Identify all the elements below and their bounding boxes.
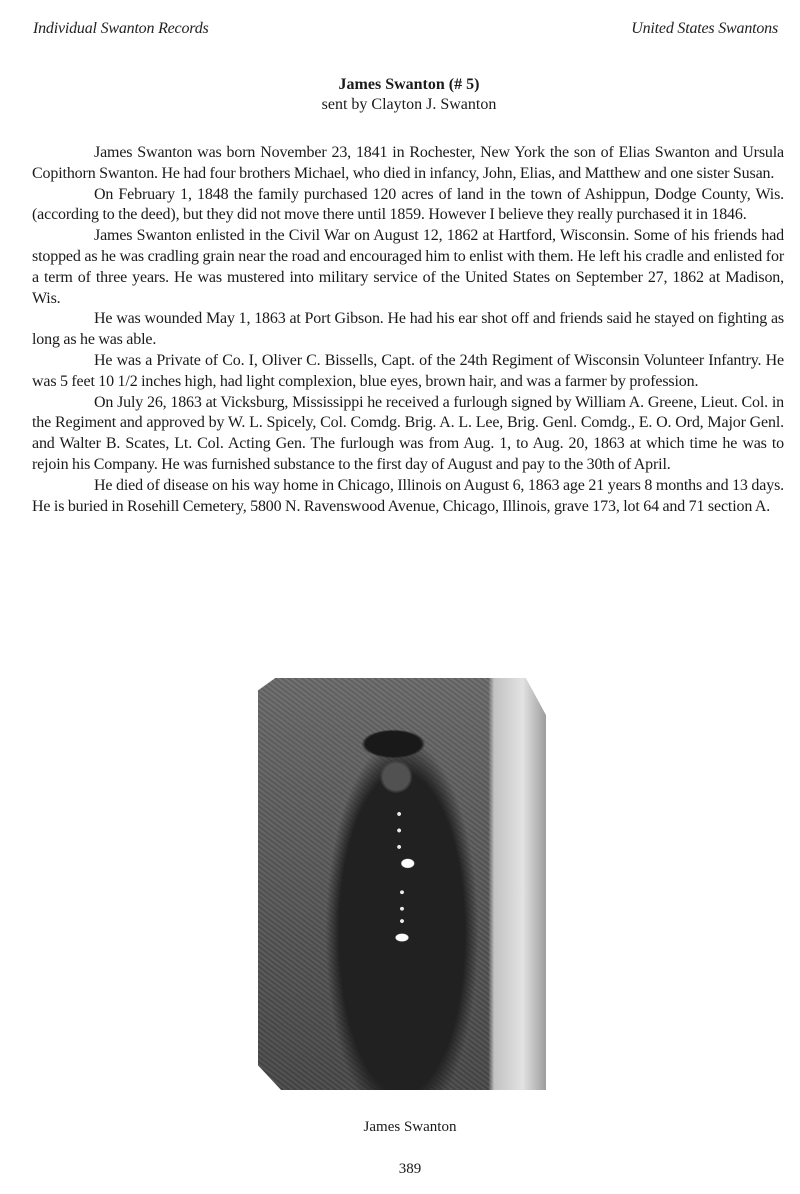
page-number: 389 xyxy=(10,1161,800,1178)
article-byline: sent by Clayton J. Swanton xyxy=(18,95,800,115)
paragraph-description: He was a Private of Co. I, Oliver C. Bis… xyxy=(32,351,784,393)
paragraph-wounded: He was wounded May 1, 1863 at Port Gibso… xyxy=(32,309,784,351)
paragraph-land: On February 1, 1848 the family purchased… xyxy=(32,185,784,227)
paragraph-furlough: On July 26, 1863 at Vicksburg, Mississip… xyxy=(32,393,784,476)
paragraph-enlistment: James Swanton enlisted in the Civil War … xyxy=(32,226,784,309)
portrait-figure xyxy=(258,678,546,1090)
figure-caption: James Swanton xyxy=(10,1119,800,1136)
portrait-photo xyxy=(258,678,546,1090)
running-head-right: United States Swantons xyxy=(631,20,778,38)
paragraph-birth: James Swanton was born November 23, 1841… xyxy=(32,143,784,185)
article-body: James Swanton was born November 23, 1841… xyxy=(32,143,784,517)
running-head-left: Individual Swanton Records xyxy=(33,20,209,38)
article-header: James Swanton (# 5) sent by Clayton J. S… xyxy=(0,75,800,115)
paragraph-death: He died of disease on his way home in Ch… xyxy=(32,476,784,518)
article-title: James Swanton (# 5) xyxy=(18,75,800,95)
